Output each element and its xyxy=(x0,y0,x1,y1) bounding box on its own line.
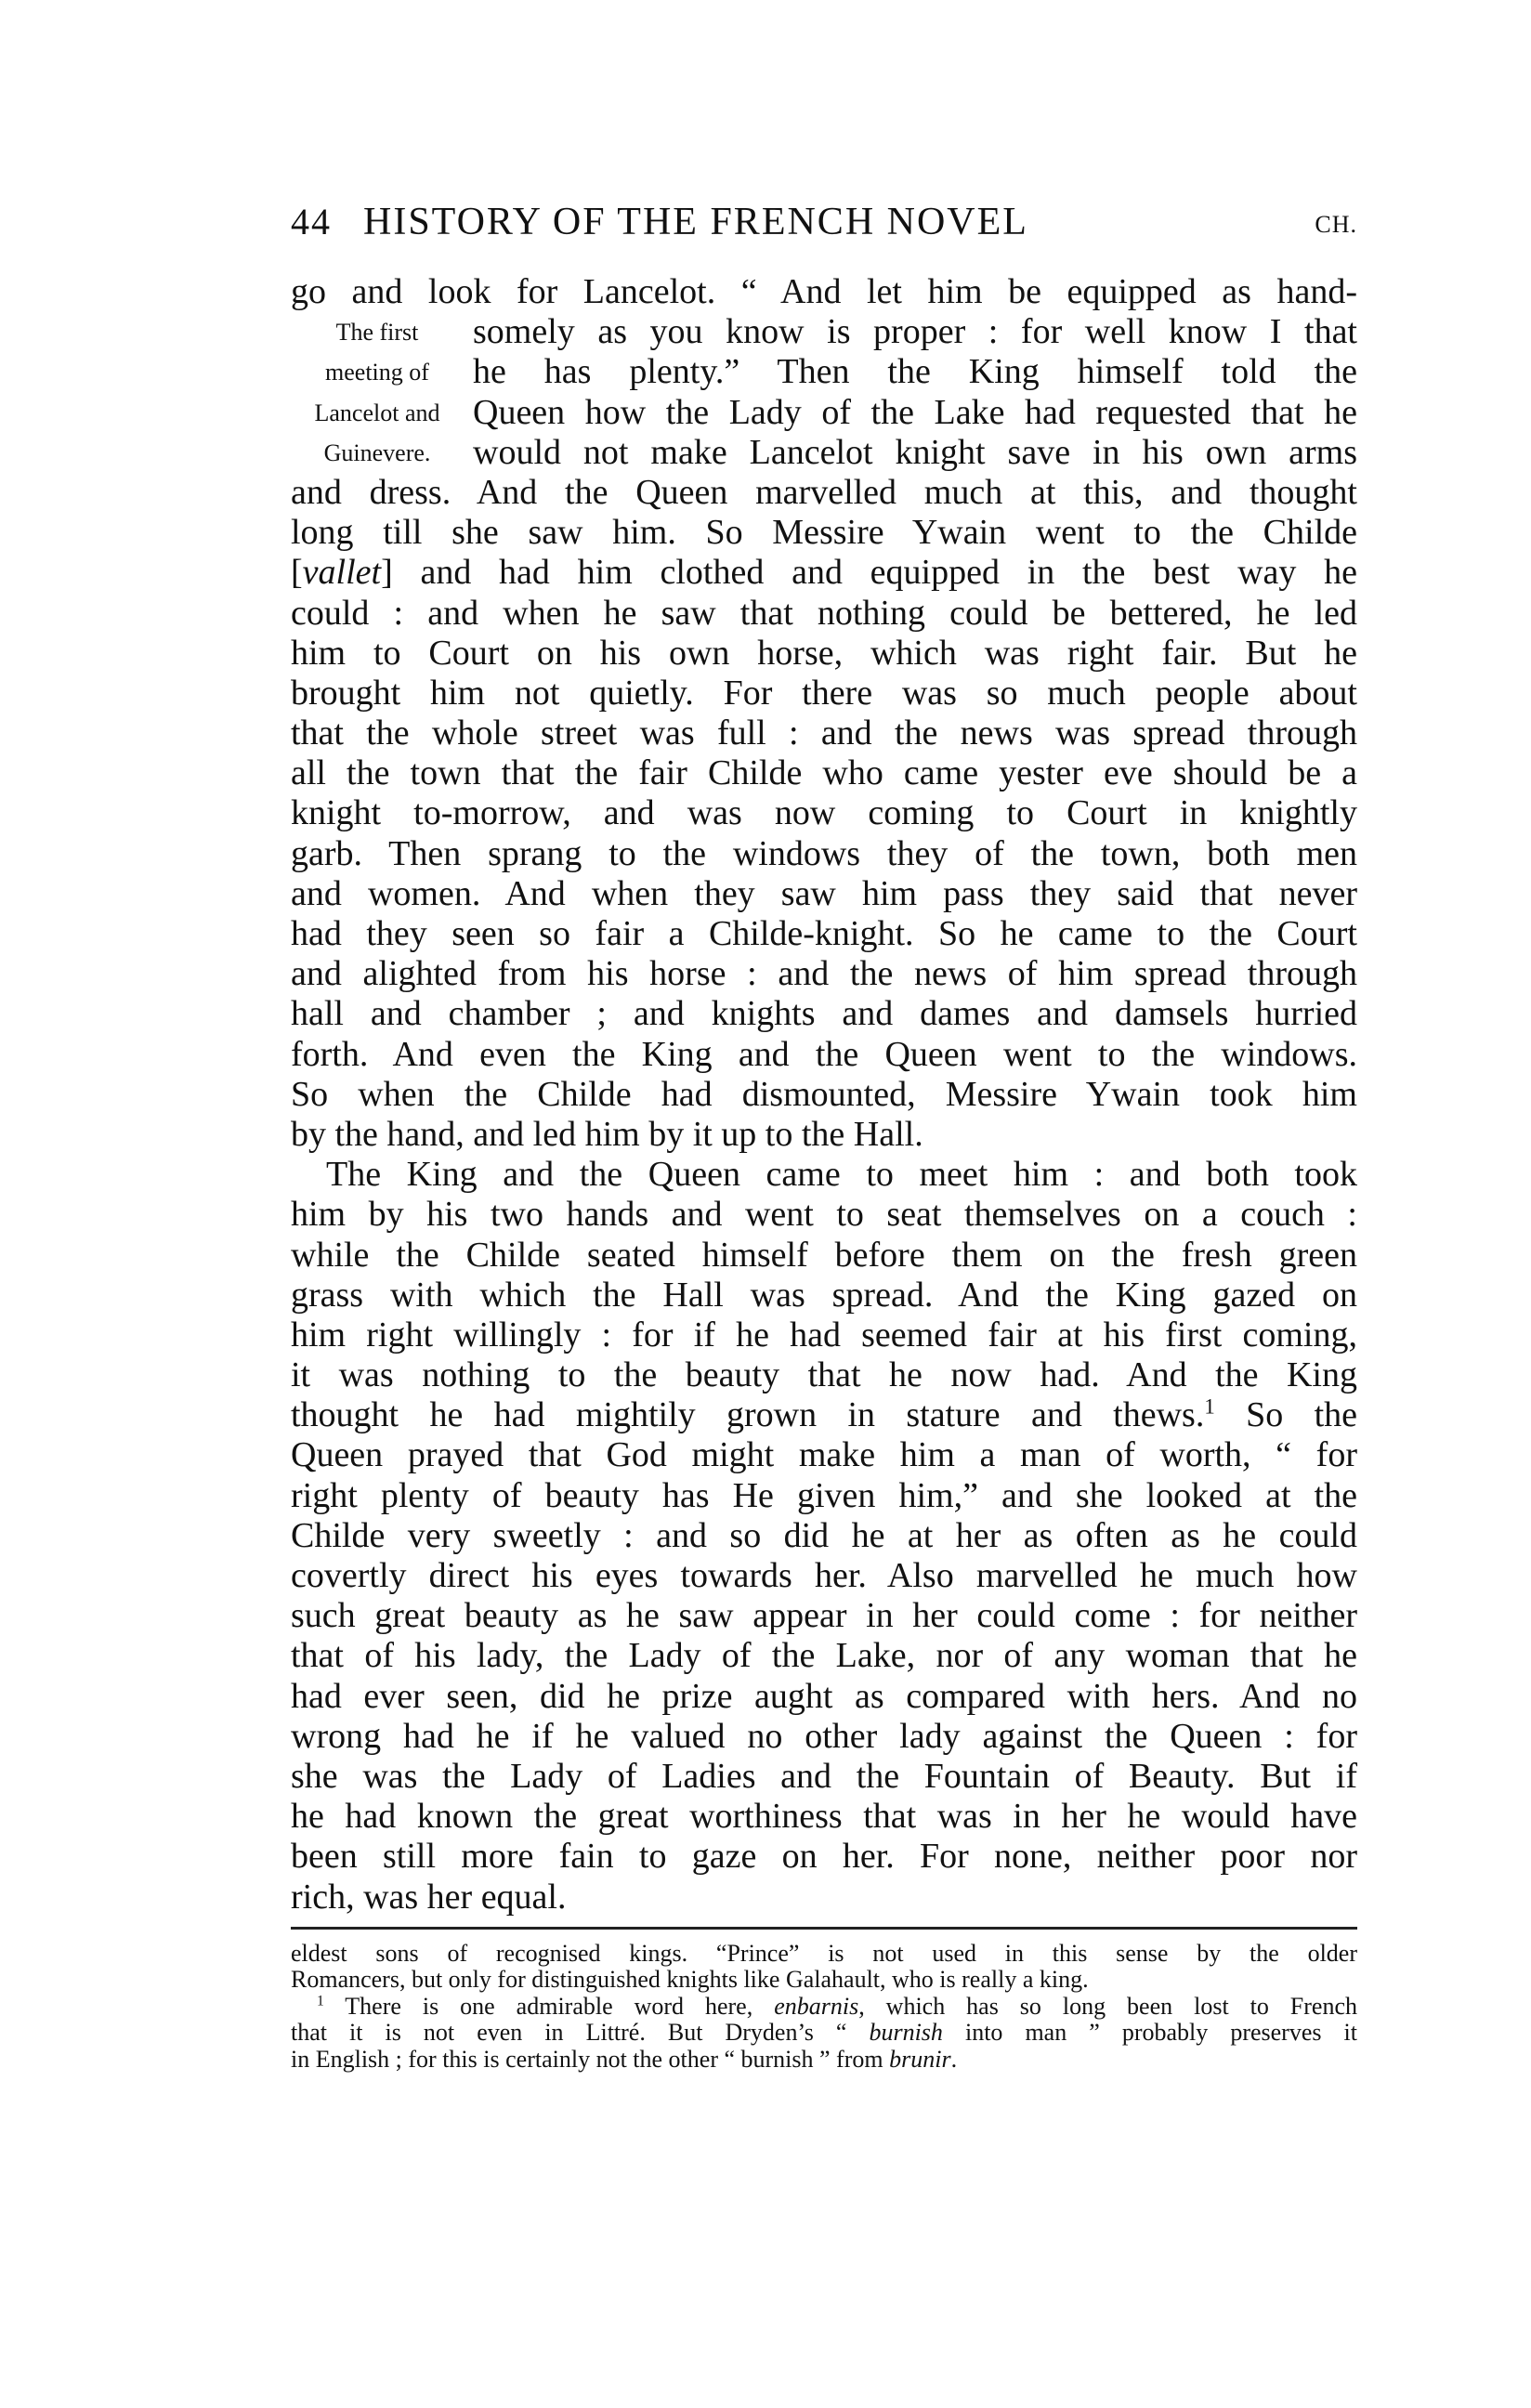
sidenote-line: The first xyxy=(289,312,465,352)
book-page: 44 HISTORY OF THE FRENCH NOVEL CH. The f… xyxy=(291,190,1357,2073)
text-line: that the whole street was full : and the… xyxy=(291,713,1357,753)
text-segment: , which has so long been lost to French xyxy=(858,1993,1357,2020)
text-line: wrong had he if he valued no other lady … xyxy=(291,1717,1357,1757)
footnote-divider xyxy=(291,1927,1357,1930)
italic-word: vallet xyxy=(303,553,381,592)
text-line: go and look for Lancelot. “ And let him … xyxy=(291,272,1357,312)
text-line: So when the Childe had dismounted, Messi… xyxy=(291,1075,1357,1115)
sidenote-line: Guinevere. xyxy=(289,433,465,473)
text-line: it was nothing to the beauty that he now… xyxy=(291,1355,1357,1395)
text-line: him by his two hands and went to seat th… xyxy=(291,1195,1357,1235)
text-line: him to Court on his own horse, which was… xyxy=(291,634,1357,674)
text-line: thought he had mightily grown in stature… xyxy=(291,1395,1357,1435)
footnote-reference[interactable]: 1 xyxy=(1204,1395,1214,1419)
text-line: that of his lady, the Lady of the Lake, … xyxy=(291,1636,1357,1676)
sidenote-line: meeting of xyxy=(289,352,465,392)
text-line: rich, was her equal. xyxy=(291,1878,1357,1917)
text-line: he had known the great worthiness that w… xyxy=(291,1797,1357,1837)
text-segment: . xyxy=(951,2046,958,2073)
text-line: Childe very sweetly : and so did he at h… xyxy=(291,1516,1357,1556)
text-line: brought him not quietly. For there was s… xyxy=(291,674,1357,713)
text-line: and alighted from his horse : and the ne… xyxy=(291,954,1357,994)
text-line: and dress. And the Queen marvelled much … xyxy=(291,473,1357,513)
footnote-line: 1 There is one admirable word here, enba… xyxy=(291,1994,1357,2021)
text-line: grass with which the Hall was spread. An… xyxy=(291,1276,1357,1315)
footnote-line: that it is not even in Littré. But Dryde… xyxy=(291,2020,1357,2047)
text-line: Queen prayed that God might make him a m… xyxy=(291,1435,1357,1475)
text-line: him right willingly : for if he had seem… xyxy=(291,1315,1357,1355)
text-line: [vallet] and had him clothed and equippe… xyxy=(291,553,1357,593)
text-line: hall and chamber ; and knights and dames… xyxy=(291,994,1357,1034)
text-line: could : and when he saw that nothing cou… xyxy=(291,594,1357,634)
text-segment: thought he had mightily grown in stature… xyxy=(291,1395,1204,1434)
text-line: had ever seen, did he prize aught as com… xyxy=(291,1677,1357,1717)
text-line: forth. And even the King and the Queen w… xyxy=(291,1035,1357,1075)
footnote-line: eldest sons of recognised kings. “Prince… xyxy=(291,1941,1357,1968)
text-line: such great beauty as he saw appear in he… xyxy=(291,1596,1357,1636)
body-text: The first meeting of Lancelot and Guinev… xyxy=(291,272,1357,1917)
text-line: knight to-morrow, and was now coming to … xyxy=(291,793,1357,833)
text-segment: in English ; for this is certainly not t… xyxy=(291,2046,889,2073)
text-line: by the hand, and led him by it up to the… xyxy=(291,1115,1357,1155)
text-line: had they seen so fair a Childe-knight. S… xyxy=(291,914,1357,954)
text-line: right plenty of beauty has He given him,… xyxy=(291,1476,1357,1516)
text-line: covertly direct his eyes towards her. Al… xyxy=(291,1556,1357,1596)
text-segment: that it is not even in Littré. But Dryde… xyxy=(291,2019,869,2046)
text-line: and women. And when they saw him pass th… xyxy=(291,874,1357,914)
italic-word: enbarnis xyxy=(774,1993,858,2020)
text-segment: So the xyxy=(1215,1395,1357,1434)
text-line: been still more fain to gaze on her. For… xyxy=(291,1837,1357,1877)
text-segment: into man ” probably preserves it xyxy=(943,2019,1357,2046)
footnote-marker: 1 xyxy=(317,1993,324,2009)
italic-word: brunir xyxy=(889,2046,950,2073)
margin-sidenote: The first meeting of Lancelot and Guinev… xyxy=(289,312,465,473)
sidenote-line: Lancelot and xyxy=(289,393,465,433)
chapter-abbreviation: CH. xyxy=(1315,211,1357,239)
footnote-line: in English ; for this is certainly not t… xyxy=(291,2047,1357,2074)
footnotes: eldest sons of recognised kings. “Prince… xyxy=(291,1941,1357,2074)
italic-word: burnish xyxy=(869,2019,942,2046)
text-line: while the Childe seated himself before t… xyxy=(291,1236,1357,1276)
text-line: all the town that the fair Childe who ca… xyxy=(291,753,1357,793)
page-number: 44 xyxy=(291,200,332,243)
text-line: The King and the Queen came to meet him … xyxy=(291,1155,1357,1195)
footnote-line: Romancers, but only for distinguished kn… xyxy=(291,1967,1357,1994)
text-line: garb. Then sprang to the windows they of… xyxy=(291,834,1357,874)
text-segment: There is one admirable word here, xyxy=(324,1993,774,2020)
running-header: 44 HISTORY OF THE FRENCH NOVEL CH. xyxy=(291,190,1357,255)
running-title: HISTORY OF THE FRENCH NOVEL xyxy=(363,200,1028,244)
text-line: long till she saw him. So Messire Ywain … xyxy=(291,513,1357,553)
text-line: she was the Lady of Ladies and the Fount… xyxy=(291,1757,1357,1797)
